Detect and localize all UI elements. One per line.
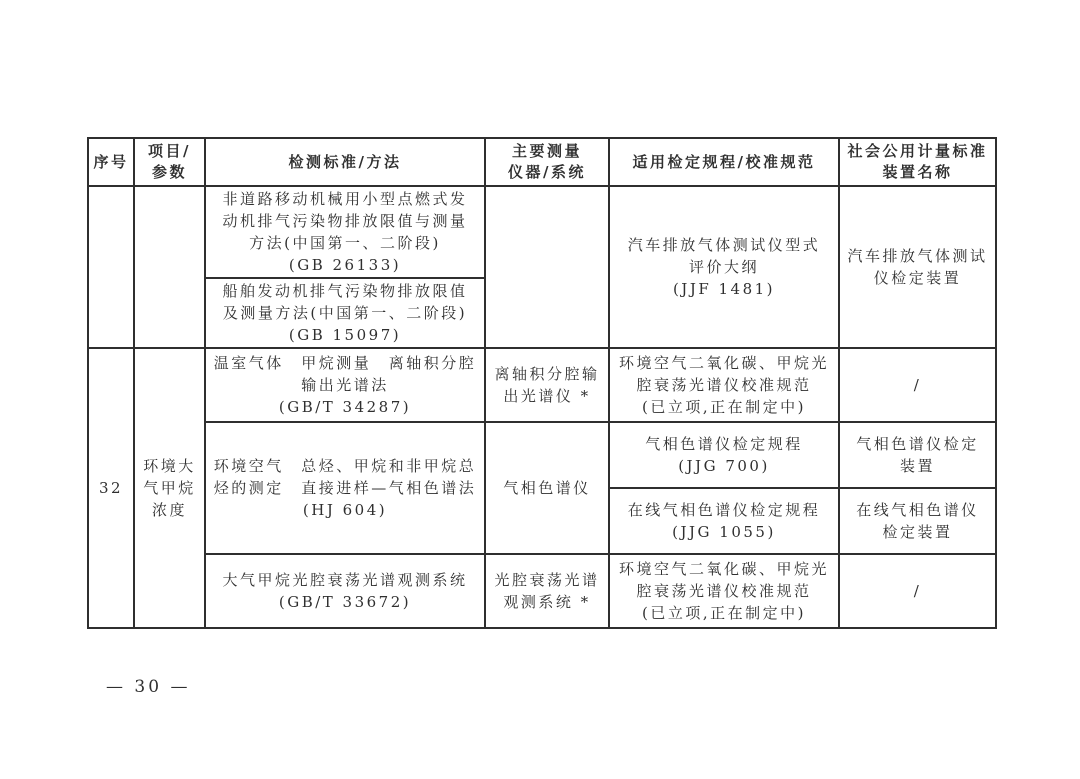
cell-instrument-blank bbox=[485, 186, 609, 348]
cell-device-none-slash: / bbox=[839, 348, 996, 422]
cell-seq-32: 32 bbox=[88, 348, 134, 628]
cell-regulation-crds-calibration-spec: 环境空气二氧化碳、甲烷光 腔衰荡光谱仪校准规范 (已立项,正在制定中) bbox=[609, 348, 839, 422]
cell-instrument-crds-observation-system: 光腔衰荡光谱 观测系统 * bbox=[485, 554, 609, 628]
header-cell-device: 社会公用计量标准 装置名称 bbox=[839, 138, 996, 186]
cell-standard-gbt34287: 温室气体 甲烷测量 离轴积分腔 输出光谱法 (GB/T 34287) bbox=[205, 348, 485, 422]
table-row-hj604-jjg700: 环境空气 总烃、甲烷和非甲烷总 烃的测定 直接进样—气相色谱法 (HJ 604)… bbox=[88, 422, 996, 488]
cell-param-blank bbox=[134, 186, 205, 348]
cell-standard-gb15097: 船舶发动机排气污染物排放限值 及测量方法(中国第一、二阶段) (GB 15097… bbox=[205, 278, 485, 348]
table-row-gb26133: 非道路移动机械用小型点燃式发 动机排气污染物排放限值与测量 方法(中国第一、二阶… bbox=[88, 186, 996, 278]
cell-regulation-jjg700: 气相色谱仪检定规程 (JJG 700) bbox=[609, 422, 839, 488]
measurement-standards-table: 序号 项目/ 参数 检测标准/方法 主要测量 仪器/系统 适用检定规程/校准规范… bbox=[87, 137, 997, 629]
cell-instrument-off-axis-spectrometer: 离轴积分腔输 出光谱仪 * bbox=[485, 348, 609, 422]
cell-instrument-gas-chromatograph: 气相色谱仪 bbox=[485, 422, 609, 554]
cell-param-ambient-methane: 环境大 气甲烷 浓度 bbox=[134, 348, 205, 628]
page-number: — 30 — bbox=[106, 677, 190, 697]
cell-device-online-gc-verification: 在线气相色谱仪 检定装置 bbox=[839, 488, 996, 554]
header-cell-seq: 序号 bbox=[88, 138, 134, 186]
header-cell-param: 项目/ 参数 bbox=[134, 138, 205, 186]
cell-standard-gb26133: 非道路移动机械用小型点燃式发 动机排气污染物排放限值与测量 方法(中国第一、二阶… bbox=[205, 186, 485, 278]
table-header-row: 序号 项目/ 参数 检测标准/方法 主要测量 仪器/系统 适用检定规程/校准规范… bbox=[88, 138, 996, 186]
table-row-gbt34287: 32 环境大 气甲烷 浓度 温室气体 甲烷测量 离轴积分腔 输出光谱法 (GB/… bbox=[88, 348, 996, 422]
cell-regulation-jjg1055: 在线气相色谱仪检定规程 (JJG 1055) bbox=[609, 488, 839, 554]
cell-regulation-crds-calibration-spec-2: 环境空气二氧化碳、甲烷光 腔衰荡光谱仪校准规范 (已立项,正在制定中) bbox=[609, 554, 839, 628]
cell-device-vehicle-exhaust-tester: 汽车排放气体测试 仪检定装置 bbox=[839, 186, 996, 348]
cell-seq-blank bbox=[88, 186, 134, 348]
cell-device-none-slash-2: / bbox=[839, 554, 996, 628]
cell-device-gc-verification: 气相色谱仪检定 装置 bbox=[839, 422, 996, 488]
document-page: 序号 项目/ 参数 检测标准/方法 主要测量 仪器/系统 适用检定规程/校准规范… bbox=[0, 0, 1080, 779]
header-cell-instrument: 主要测量 仪器/系统 bbox=[485, 138, 609, 186]
cell-standard-hj604: 环境空气 总烃、甲烷和非甲烷总 烃的测定 直接进样—气相色谱法 (HJ 604) bbox=[205, 422, 485, 554]
header-cell-standard: 检测标准/方法 bbox=[205, 138, 485, 186]
cell-regulation-jjf1481: 汽车排放气体测试仪型式 评价大纲 (JJF 1481) bbox=[609, 186, 839, 348]
cell-standard-gbt33672: 大气甲烷光腔衰荡光谱观测系统 (GB/T 33672) bbox=[205, 554, 485, 628]
table-row-gbt33672: 大气甲烷光腔衰荡光谱观测系统 (GB/T 33672) 光腔衰荡光谱 观测系统 … bbox=[88, 554, 996, 628]
header-cell-regulation: 适用检定规程/校准规范 bbox=[609, 138, 839, 186]
